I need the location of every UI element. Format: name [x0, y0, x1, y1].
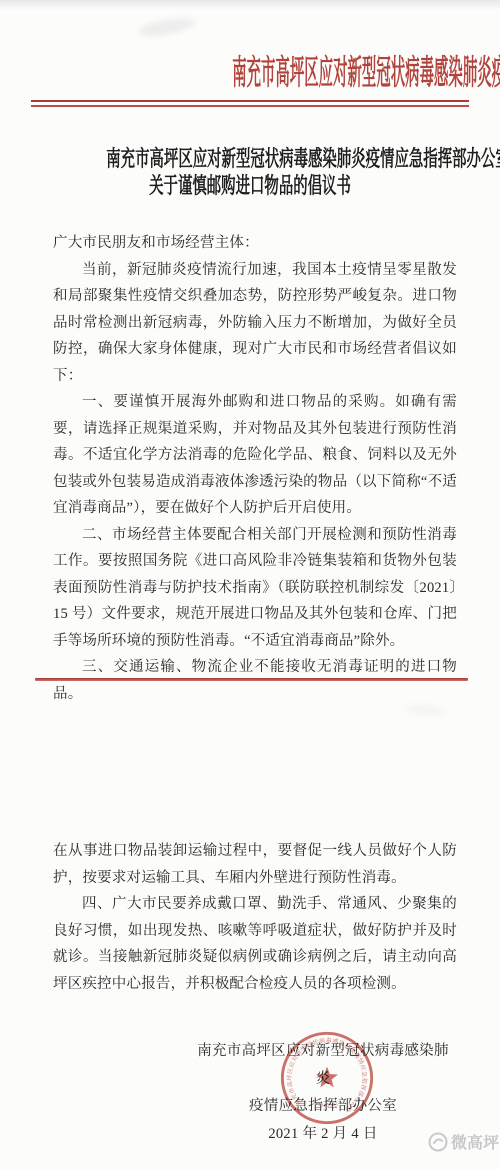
signature-org-line2: 疫情应急指挥部办公室 — [190, 1093, 456, 1121]
paragraph-item-1: 一、要谨慎开展海外邮购和进口物品的采购。如确有需要，请选择正规渠道采购，并对物品… — [53, 389, 457, 522]
paragraph-item-4: 四、广大市民要养成戴口罩、勤洗手、常通风、少聚集的良好习惯，如出现发热、咳嗽等呼… — [53, 891, 457, 997]
document-title-line2-wrap: 关于谨慎邮购进口物品的倡议书 — [0, 172, 500, 199]
page-break-rule — [35, 678, 468, 681]
document-title: 南充市高坪区应对新型冠状病毒感染肺炎疫情应急指挥部办公室 关于谨慎邮购进口物品的… — [0, 145, 500, 199]
letterhead-double-rule — [31, 100, 469, 107]
document-title-line2: 关于谨慎邮购进口物品的倡议书 — [149, 172, 351, 200]
scanned-document-page: 南充市高坪区应对新型冠状病毒感染肺炎疫情应急指挥部办公室 南充市高坪区应对新型冠… — [0, 0, 500, 1170]
paragraph-item-2: 二、市场经营主体要配合相关部门开展检测和预防性消毒工作。要按照国务院《进口高风险… — [53, 522, 457, 655]
body-page1: 广大市民朋友和市场经营主体： 当前，新冠肺炎疫情流行加速，我国本土疫情呈零星散发… — [53, 230, 457, 707]
salutation: 广大市民朋友和市场经营主体： — [53, 230, 457, 257]
paragraph-intro: 当前，新冠肺炎疫情流行加速，我国本土疫情呈零星散发和局部聚集性疫情交织叠加态势，… — [53, 257, 457, 390]
signature-block: 南充市高坪区应对新型冠状病毒感染肺炎 疫情应急指挥部办公室 2021 年 2 月… — [190, 1038, 456, 1148]
body-page2: 在从事进口物品装卸运输过程中，要督促一线人员做好个人防护，按要求对运输工具、车厢… — [53, 838, 457, 997]
scan-edge-shade — [0, 0, 500, 10]
scan-smudge — [137, 15, 197, 39]
watermark-text: 微高坪 — [451, 1130, 499, 1153]
letterhead-org-name-text: 南充市高坪区应对新型冠状病毒感染肺炎疫情应急指挥部办公室 — [232, 48, 500, 99]
paragraph-item-3-continued: 在从事进口物品装卸运输过程中，要督促一线人员做好个人防护，按要求对运输工具、车厢… — [53, 838, 457, 891]
watermark-weigaoping: 微高坪 — [428, 1130, 499, 1153]
document-title-line1-wrap: 南充市高坪区应对新型冠状病毒感染肺炎疫情应急指挥部办公室 — [0, 145, 500, 172]
signature-org-line1: 南充市高坪区应对新型冠状病毒感染肺炎 — [190, 1038, 456, 1093]
watermark-logo-icon — [428, 1132, 448, 1152]
signature-date: 2021 年 2 月 4 日 — [190, 1121, 456, 1149]
letterhead-org-name: 南充市高坪区应对新型冠状病毒感染肺炎疫情应急指挥部办公室 — [0, 50, 500, 96]
document-title-line1: 南充市高坪区应对新型冠状病毒感染肺炎疫情应急指挥部办公室 — [106, 145, 500, 173]
